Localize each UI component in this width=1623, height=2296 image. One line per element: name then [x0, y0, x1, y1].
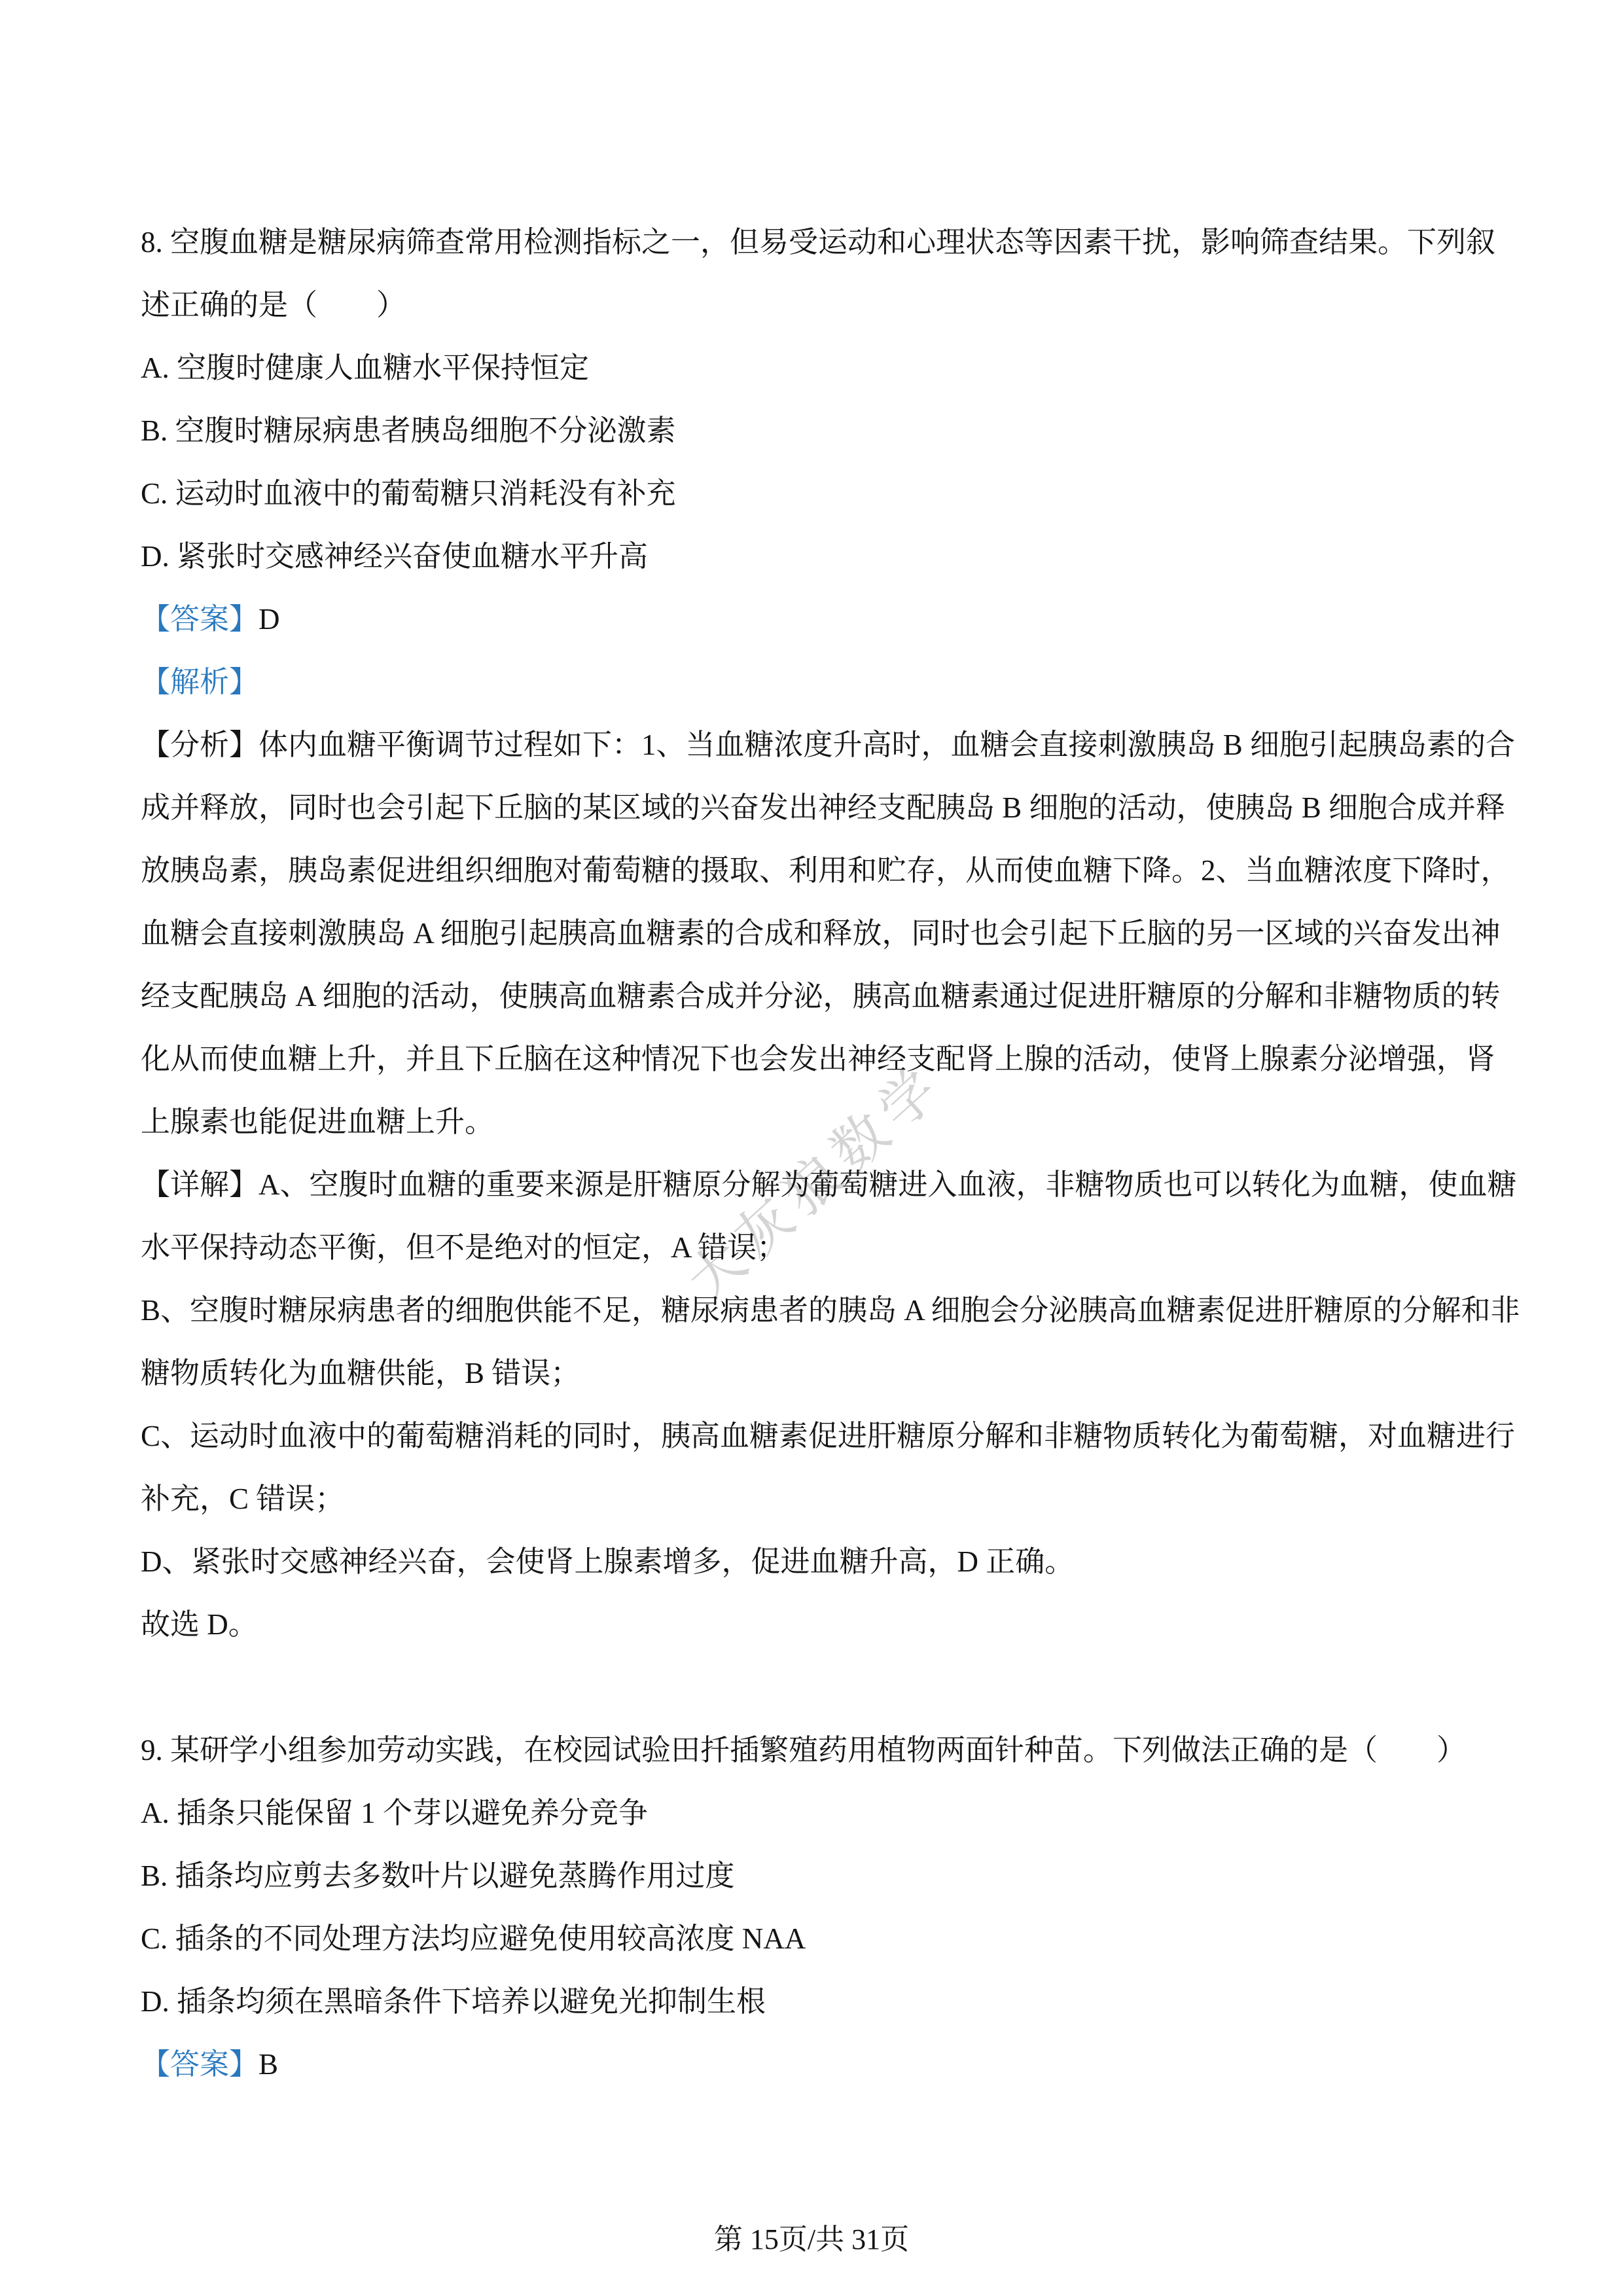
q9-answer-label: 【答案】 [141, 2048, 259, 2081]
q8-detail-line-1: 【详解】A、空腹时血糖的重要来源是肝糖原分解为葡萄糖进入血液，非糖物质也可以转化… [141, 1153, 1495, 1216]
q9-option-c: C. 插条的不同处理方法均应避免使用较高浓度 NAA [141, 1907, 1495, 1970]
q8-stem-line-2: 述正确的是（ ） [141, 274, 1495, 336]
q8-option-d: D. 紧张时交感神经兴奋使血糖水平升高 [141, 525, 1495, 588]
blank-line [141, 1656, 1495, 1719]
q8-option-a: A. 空腹时健康人血糖水平保持恒定 [141, 336, 1495, 399]
q8-answer-line: 【答案】D [141, 588, 1495, 651]
q8-answer-value: D [259, 603, 280, 636]
q8-analysis-header: 【解析】 [141, 651, 1495, 713]
q8-detail-line-2: 水平保持动态平衡，但不是绝对的恒定，A 错误； [141, 1216, 1495, 1279]
q8-stem-line-1: 8. 空腹血糖是糖尿病筛查常用检测指标之一，但易受运动和心理状态等因素干扰，影响… [141, 211, 1495, 274]
q8-detail-line-7: D、紧张时交感神经兴奋，会使肾上腺素增多，促进血糖升高，D 正确。 [141, 1530, 1495, 1593]
q9-stem: 9. 某研学小组参加劳动实践，在校园试验田扦插繁殖药用植物两面针种苗。下列做法正… [141, 1719, 1495, 1782]
q8-analysis-line-7: 上腺素也能促进血糖上升。 [141, 1090, 1495, 1153]
q8-detail-line-6: 补充，C 错误； [141, 1467, 1495, 1530]
q9-option-b: B. 插条均应剪去多数叶片以避免蒸腾作用过度 [141, 1844, 1495, 1907]
exam-page: 大灰狼数学 8. 空腹血糖是糖尿病筛查常用检测指标之一，但易受运动和心理状态等因… [0, 0, 1623, 2296]
q8-option-c: C. 运动时血液中的葡萄糖只消耗没有补充 [141, 462, 1495, 525]
q8-analysis-line-1: 【分析】体内血糖平衡调节过程如下：1、当血糖浓度升高时，血糖会直接刺激胰岛 B … [141, 713, 1495, 776]
q8-detail-line-5: C、运动时血液中的葡萄糖消耗的同时，胰高血糖素促进肝糖原分解和非糖物质转化为葡萄… [141, 1405, 1495, 1467]
q8-option-b: B. 空腹时糖尿病患者胰岛细胞不分泌激素 [141, 399, 1495, 462]
q8-answer-label: 【答案】 [141, 603, 259, 636]
q9-option-d: D. 插条均须在黑暗条件下培养以避免光抑制生根 [141, 1970, 1495, 2033]
q8-conclusion: 故选 D。 [141, 1593, 1495, 1656]
q8-analysis-line-3: 放胰岛素，胰岛素促进组织细胞对葡萄糖的摄取、利用和贮存，从而使血糖下降。2、当血… [141, 839, 1495, 902]
footer-page-number: 第 15页/共 31页 [0, 2220, 1623, 2259]
q8-analysis-line-4: 血糖会直接刺激胰岛 A 细胞引起胰高血糖素的合成和释放，同时也会引起下丘脑的另一… [141, 902, 1495, 965]
q8-analysis-line-2: 成并释放，同时也会引起下丘脑的某区域的兴奋发出神经支配胰岛 B 细胞的活动，使胰… [141, 776, 1495, 839]
q9-answer-line: 【答案】B [141, 2033, 1495, 2096]
q8-analysis-line-6: 化从而使血糖上升，并且下丘脑在这种情况下也会发出神经支配肾上腺的活动，使肾上腺素… [141, 1028, 1495, 1090]
q8-detail-line-4: 糖物质转化为血糖供能，B 错误； [141, 1342, 1495, 1405]
q9-option-a: A. 插条只能保留 1 个芽以避免养分竞争 [141, 1782, 1495, 1844]
q8-analysis-line-5: 经支配胰岛 A 细胞的活动，使胰高血糖素合成并分泌，胰高血糖素通过促进肝糖原的分… [141, 965, 1495, 1028]
q8-analysis-label: 【解析】 [141, 666, 259, 698]
q8-detail-line-3: B、空腹时糖尿病患者的细胞供能不足，糖尿病患者的胰岛 A 细胞会分泌胰高血糖素促… [141, 1279, 1495, 1342]
q9-answer-value: B [259, 2048, 278, 2081]
page-content: 8. 空腹血糖是糖尿病筛查常用检测指标之一，但易受运动和心理状态等因素干扰，影响… [141, 211, 1495, 2096]
